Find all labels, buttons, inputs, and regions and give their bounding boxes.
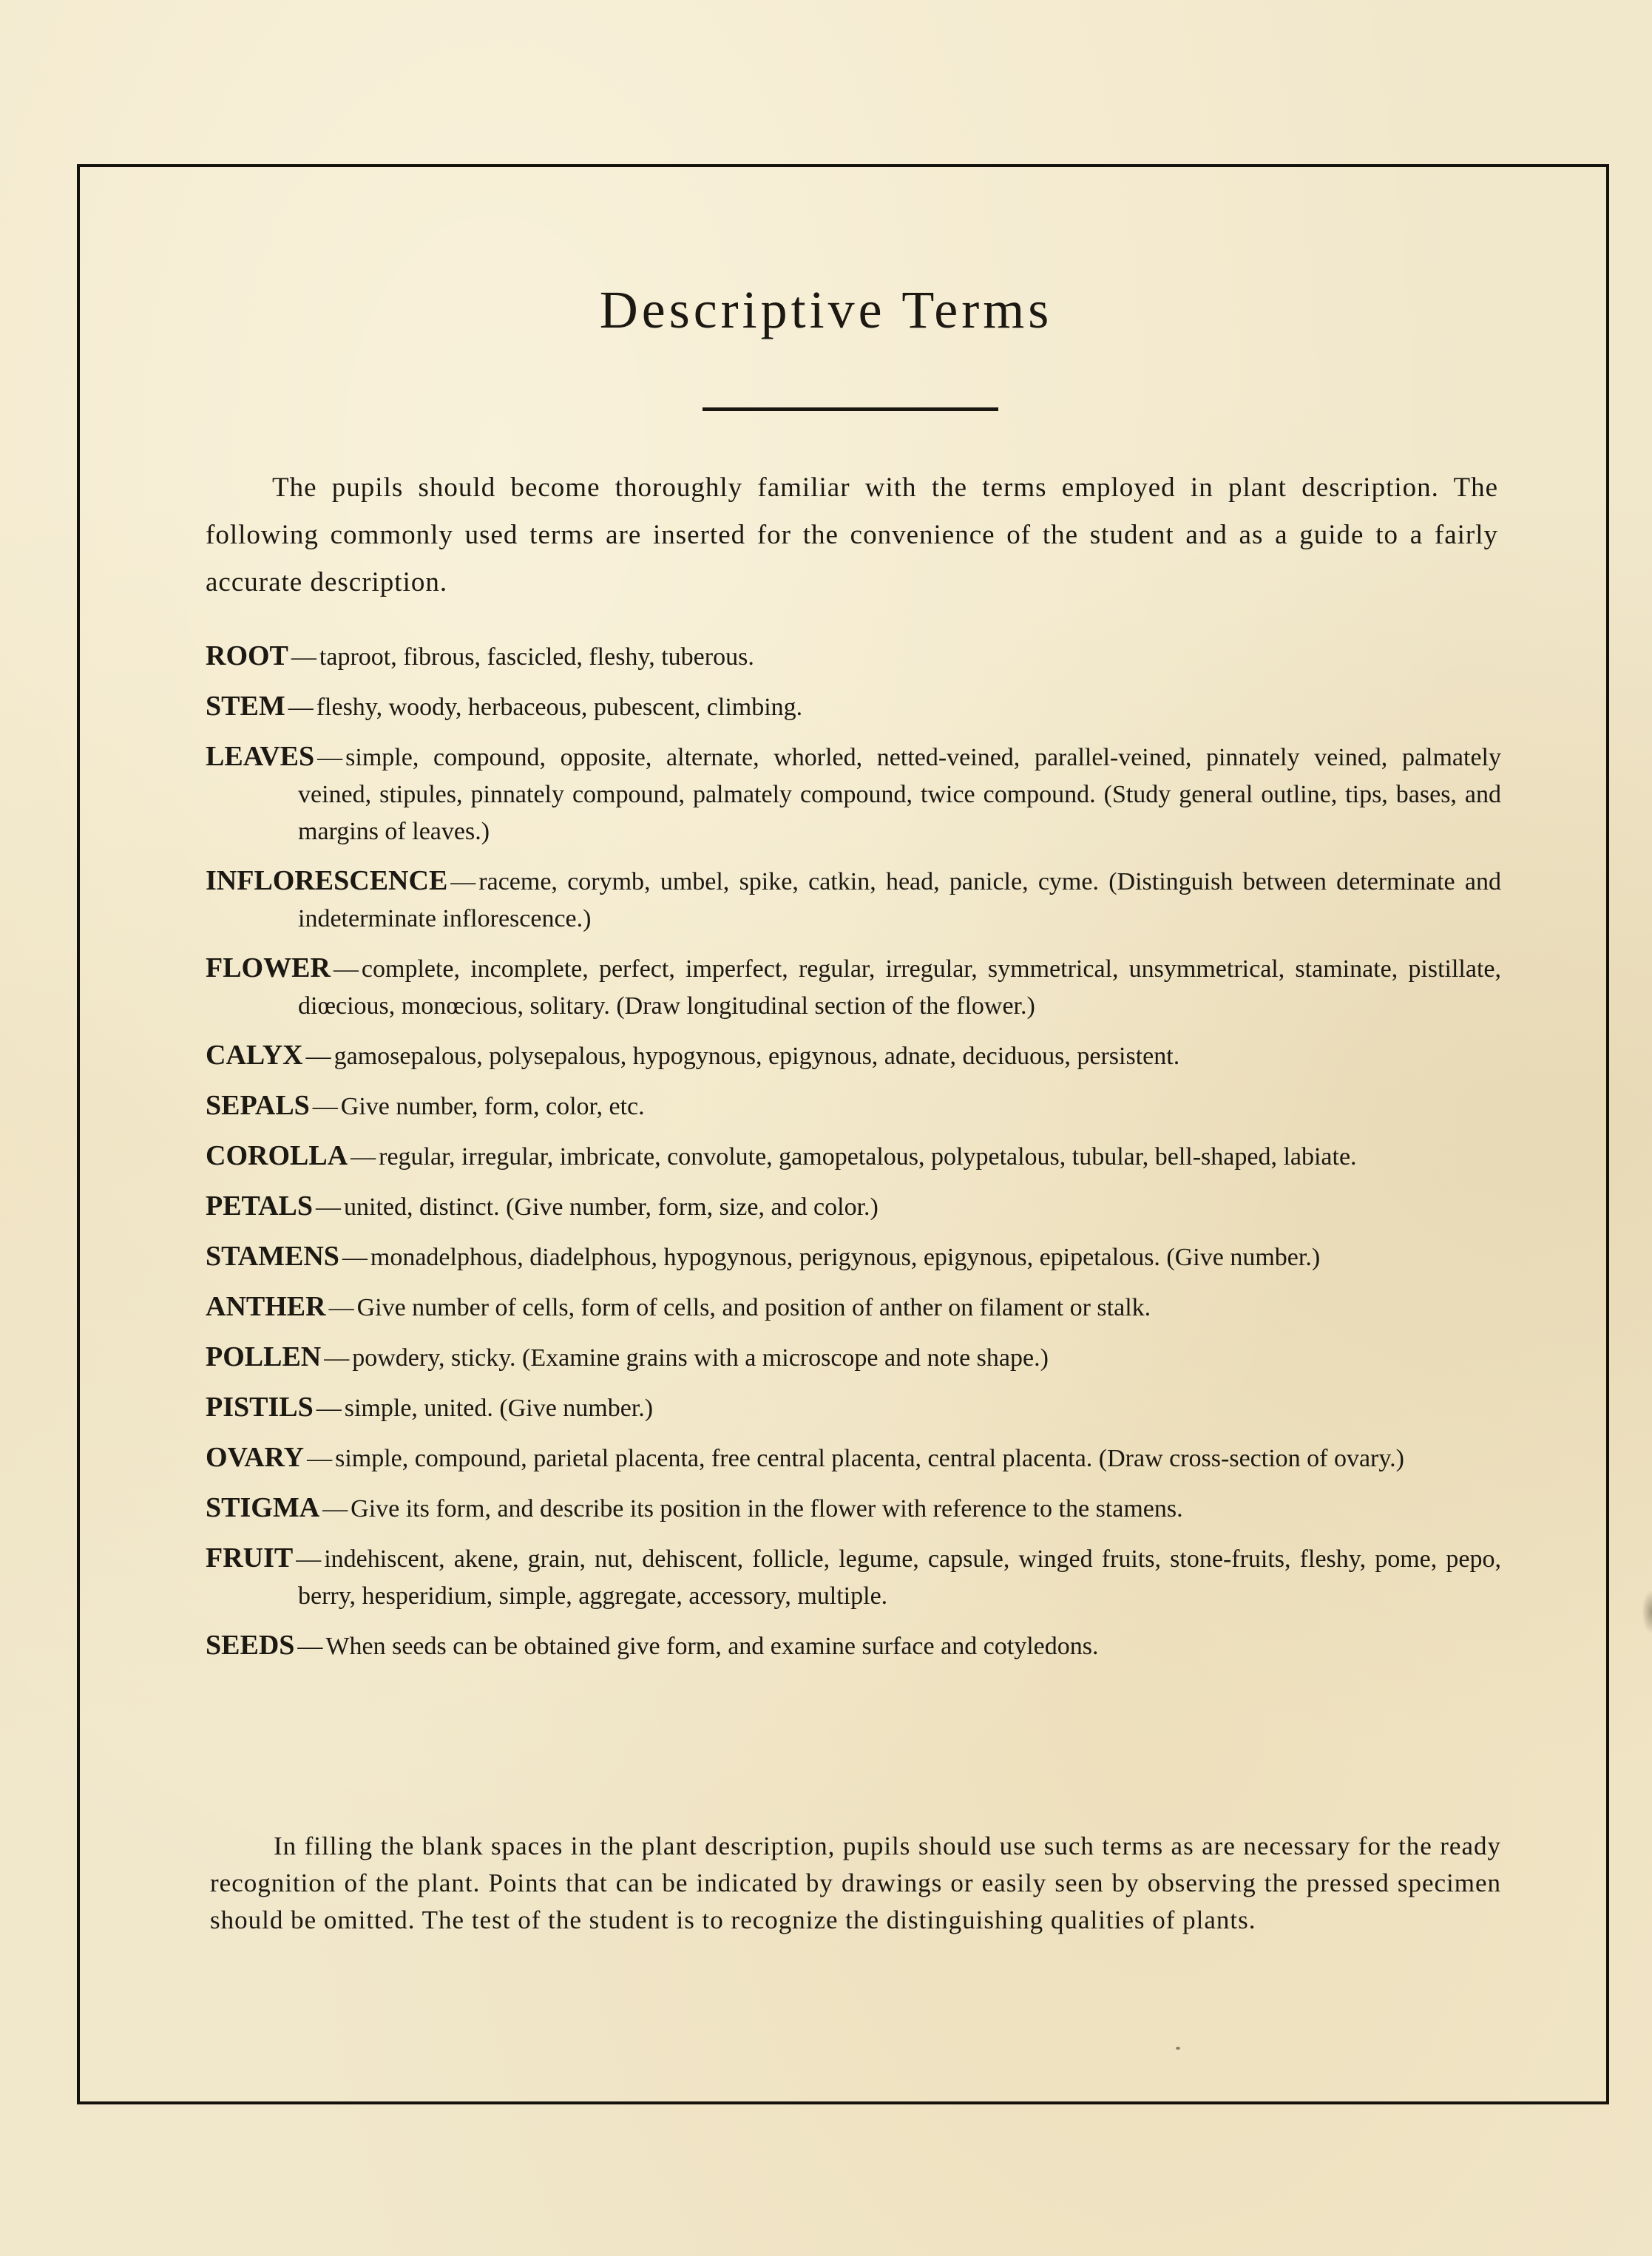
term-dash: — xyxy=(324,1344,349,1372)
term-description: simple, compound, parietal placenta, fre… xyxy=(335,1445,1404,1472)
term-entry-calyx: CALYX—gamosepalous, polysepalous, hypogy… xyxy=(206,1037,1501,1075)
term-dash: — xyxy=(313,1093,338,1120)
term-name: OVARY xyxy=(206,1442,304,1473)
term-description: united, distinct. (Give number, form, si… xyxy=(344,1193,879,1221)
term-name: COROLLA xyxy=(206,1140,348,1171)
term-entry-seeds: SEEDS—When seeds can be obtained give fo… xyxy=(206,1627,1501,1665)
term-description: taproot, fibrous, fascicled, fleshy, tub… xyxy=(319,643,754,671)
term-dash: — xyxy=(322,1495,348,1522)
term-dash: — xyxy=(297,1633,322,1660)
term-entry-stem: STEM—fleshy, woody, herbaceous, pubescen… xyxy=(206,688,1501,726)
term-entry-root: ROOT—taproot, fibrous, fascicled, fleshy… xyxy=(206,637,1501,676)
term-entry-stamens: STAMENS—monadelphous, diadelphous, hypog… xyxy=(206,1238,1501,1276)
term-description: simple, united. (Give number.) xyxy=(345,1395,653,1422)
term-entry-fruit: FRUIT—indehiscent, akene, grain, nut, de… xyxy=(206,1539,1501,1615)
term-name: PETALS xyxy=(206,1190,313,1222)
term-description: powdery, sticky. (Examine grains with a … xyxy=(352,1344,1049,1372)
term-dash: — xyxy=(291,643,316,671)
term-description: simple, compound, opposite, alternate, w… xyxy=(298,744,1501,845)
term-description: Give number of cells, form of cells, and… xyxy=(357,1294,1151,1321)
term-description: Give its form, and describe its position… xyxy=(351,1495,1182,1522)
term-entry-sepals: SEPALS—Give number, form, color, etc. xyxy=(206,1087,1501,1125)
term-dash: — xyxy=(329,1294,354,1321)
term-name: SEEDS xyxy=(206,1630,294,1661)
title-rule-divider xyxy=(703,407,998,411)
term-description: fleshy, woody, herbaceous, pubescent, cl… xyxy=(316,694,802,721)
term-dash: — xyxy=(317,744,342,771)
term-name: ROOT xyxy=(206,640,288,671)
term-name: STEM xyxy=(206,691,285,722)
term-name: FLOWER xyxy=(206,952,331,983)
term-dash: — xyxy=(296,1545,321,1573)
term-entry-pistils: PISTILS—simple, united. (Give number.) xyxy=(206,1389,1501,1427)
term-name: SEPALS xyxy=(206,1090,310,1121)
term-entry-ovary: OVARY—simple, compound, parietal placent… xyxy=(206,1439,1501,1477)
term-name: POLLEN xyxy=(206,1341,321,1372)
terms-list: ROOT—taproot, fibrous, fascicled, fleshy… xyxy=(206,637,1501,1677)
term-name: CALYX xyxy=(206,1040,303,1071)
term-dash: — xyxy=(316,1395,342,1422)
term-dash: — xyxy=(351,1143,376,1171)
term-description: monadelphous, diadelphous, hypogynous, p… xyxy=(370,1244,1320,1271)
term-name: ANTHER xyxy=(206,1291,326,1322)
term-dash: — xyxy=(450,868,475,895)
intro-paragraph: The pupils should become thoroughly fami… xyxy=(206,464,1498,606)
term-dash: — xyxy=(334,955,359,983)
term-name: LEAVES xyxy=(206,741,314,772)
paper-edge-mark xyxy=(1642,1590,1652,1634)
term-description: Give number, form, color, etc. xyxy=(341,1093,645,1120)
term-entry-stigma: STIGMA—Give its form, and describe its p… xyxy=(206,1489,1501,1528)
term-name: INFLORESCENCE xyxy=(206,865,447,896)
term-entry-anther: ANTHER—Give number of cells, form of cel… xyxy=(206,1288,1501,1327)
term-entry-corolla: COROLLA—regular, irregular, imbricate, c… xyxy=(206,1137,1501,1176)
term-entry-leaves: LEAVES—simple, compound, opposite, alter… xyxy=(206,738,1501,850)
term-dash: — xyxy=(288,694,314,721)
term-name: PISTILS xyxy=(206,1392,314,1423)
term-dash: — xyxy=(306,1043,331,1070)
paper-speck xyxy=(1176,2047,1180,2050)
term-description: When seeds can be obtained give form, an… xyxy=(325,1633,1098,1660)
term-entry-flower: FLOWER—complete, incomplete, perfect, im… xyxy=(206,949,1501,1025)
term-name: STAMENS xyxy=(206,1241,339,1272)
term-dash: — xyxy=(342,1244,368,1271)
term-name: FRUIT xyxy=(206,1542,293,1574)
term-entry-inflorescence: INFLORESCENCE—raceme, corymb, umbel, spi… xyxy=(206,862,1501,938)
term-description: indehiscent, akene, grain, nut, dehiscen… xyxy=(298,1545,1501,1610)
term-entry-pollen: POLLEN—powdery, sticky. (Examine grains … xyxy=(206,1338,1501,1377)
term-name: STIGMA xyxy=(206,1492,319,1523)
term-description: gamosepalous, polysepalous, hypogynous, … xyxy=(334,1043,1180,1070)
term-description: regular, irregular, imbricate, convolute… xyxy=(379,1143,1356,1171)
term-description: complete, incomplete, perfect, imperfect… xyxy=(298,955,1501,1020)
closing-paragraph: In filling the blank spaces in the plant… xyxy=(210,1828,1501,1939)
term-dash: — xyxy=(307,1445,332,1472)
page-title: Descriptive Terms xyxy=(0,280,1652,341)
term-dash: — xyxy=(316,1193,341,1221)
term-entry-petals: PETALS—united, distinct. (Give number, f… xyxy=(206,1188,1501,1226)
term-description: raceme, corymb, umbel, spike, catkin, he… xyxy=(298,868,1501,932)
